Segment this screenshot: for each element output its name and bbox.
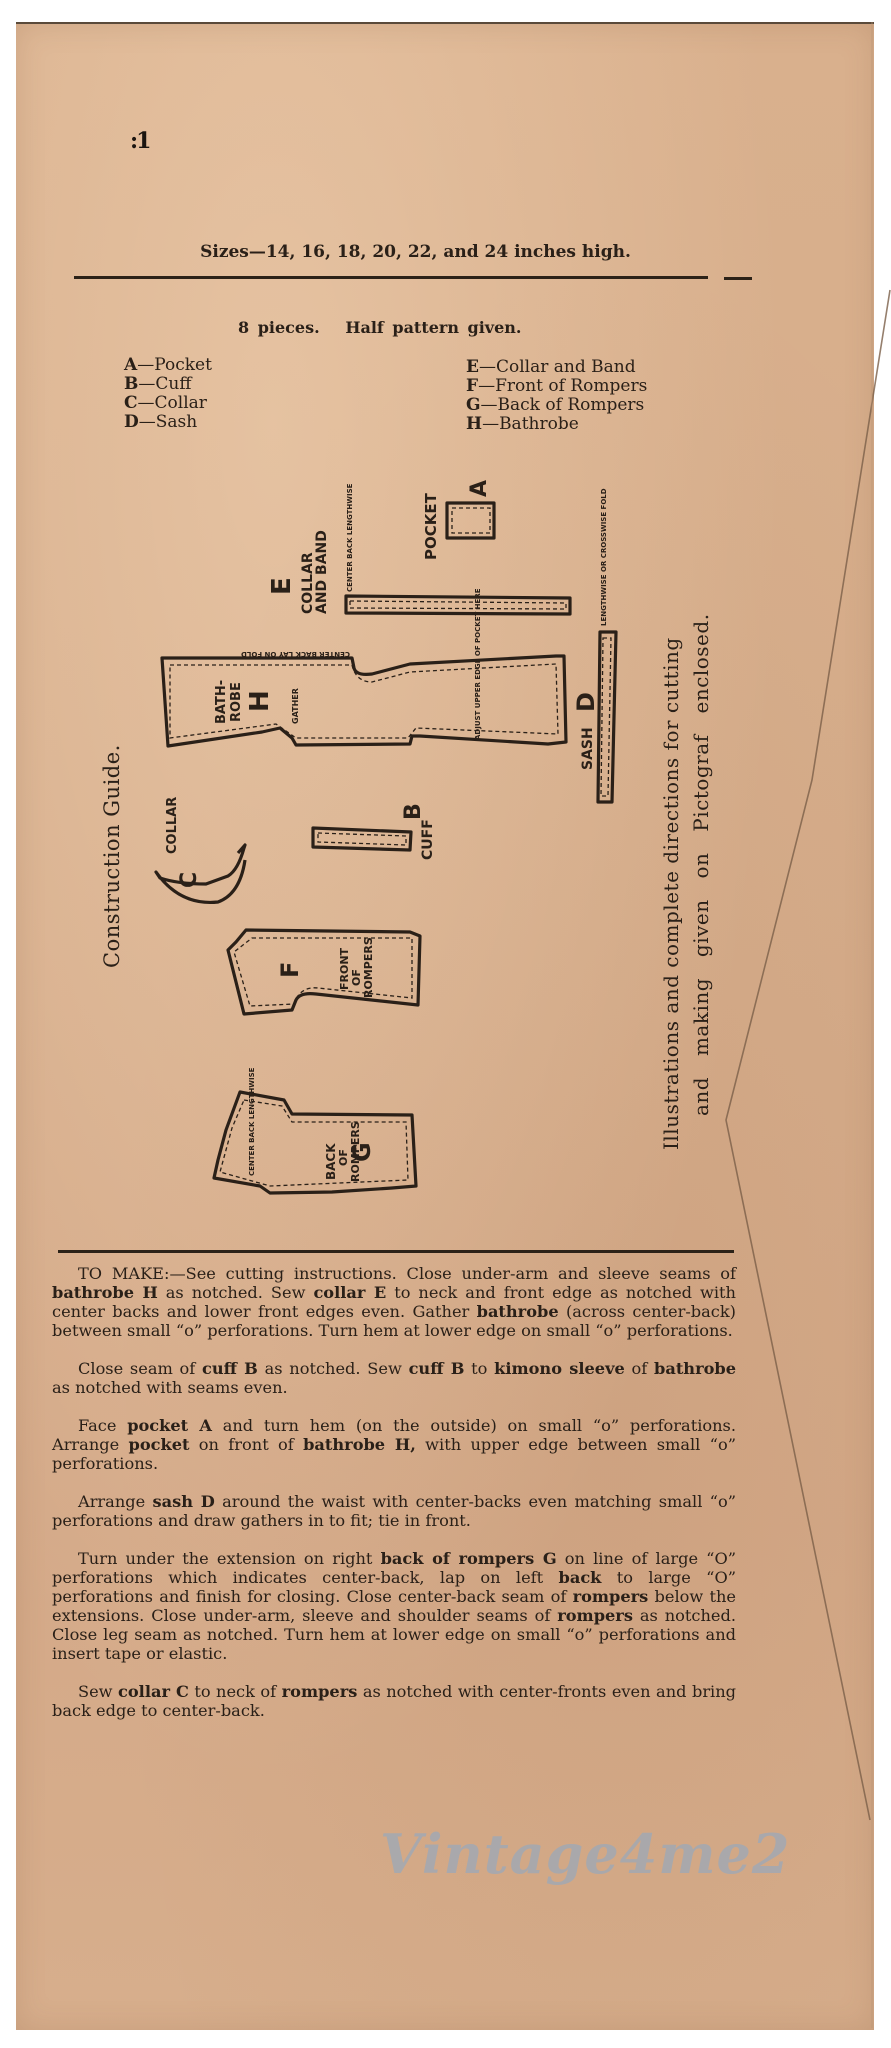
svg-text:GATHER: GATHER: [291, 688, 300, 724]
svg-text:ROMPERS: ROMPERS: [362, 937, 375, 998]
svg-text:LENGTHWISE OR CROSSWISE FOLD: LENGTHWISE OR CROSSWISE FOLD: [600, 488, 608, 626]
piece-g-outline: [214, 1092, 416, 1193]
piece-h-letter: H: [245, 690, 275, 712]
svg-text:CENTER BACK LAY ON FOLD: CENTER BACK LAY ON FOLD: [241, 650, 350, 658]
svg-text:POCKET: POCKET: [422, 492, 440, 560]
piece-h-name: BATH-: [214, 680, 229, 724]
instruction-paragraph: Turn under the extension on right back o…: [52, 1549, 736, 1663]
watermark: Vintage4me2: [380, 1822, 790, 1886]
instruction-paragraph: Arrange sash D around the waist with cen…: [52, 1492, 736, 1530]
svg-text:CUFF: CUFF: [420, 819, 436, 860]
svg-text:ADJUST UPPER EDGE OF POCKET HE: ADJUST UPPER EDGE OF POCKET HERE: [474, 588, 482, 740]
svg-text:D: D: [572, 692, 600, 712]
instruction-paragraph: TO MAKE:—See cutting instructions. Close…: [52, 1264, 736, 1340]
svg-text:SASH: SASH: [580, 727, 596, 770]
svg-text:F: F: [276, 962, 304, 978]
pattern-diagram: H BATH- ROBE CENTER BACK LAY ON FOLD GAT…: [0, 0, 891, 2048]
svg-text:B: B: [401, 803, 426, 820]
piece-h-name2: ROBE: [229, 682, 244, 722]
instruction-paragraph: Close seam of cuff B as notched. Sew cuf…: [52, 1359, 736, 1397]
instruction-paragraph: Face pocket A and turn hem (on the outsi…: [52, 1416, 736, 1473]
svg-text:E: E: [267, 577, 297, 595]
piece-e-outline: [346, 596, 570, 614]
svg-text:AND BAND: AND BAND: [314, 530, 330, 614]
svg-text:BACK: BACK: [324, 1143, 338, 1180]
instructions-rule: [58, 1250, 734, 1253]
to-make-instructions: TO MAKE:—See cutting instructions. Close…: [52, 1264, 736, 1739]
svg-text:A: A: [467, 480, 492, 497]
svg-text:COLLAR: COLLAR: [165, 797, 180, 854]
svg-text:CENTER BACK LENGTHWISE: CENTER BACK LENGTHWISE: [346, 483, 354, 592]
piece-b-outline: [313, 828, 411, 850]
svg-text:CENTER BACK LENGTHWISE: CENTER BACK LENGTHWISE: [248, 1067, 256, 1176]
instruction-paragraph: Sew collar C to neck of rompers as notch…: [52, 1682, 736, 1720]
svg-text:C: C: [177, 872, 202, 888]
svg-text:ROMPERS: ROMPERS: [349, 1121, 362, 1182]
piece-f-outline: [228, 930, 420, 1014]
